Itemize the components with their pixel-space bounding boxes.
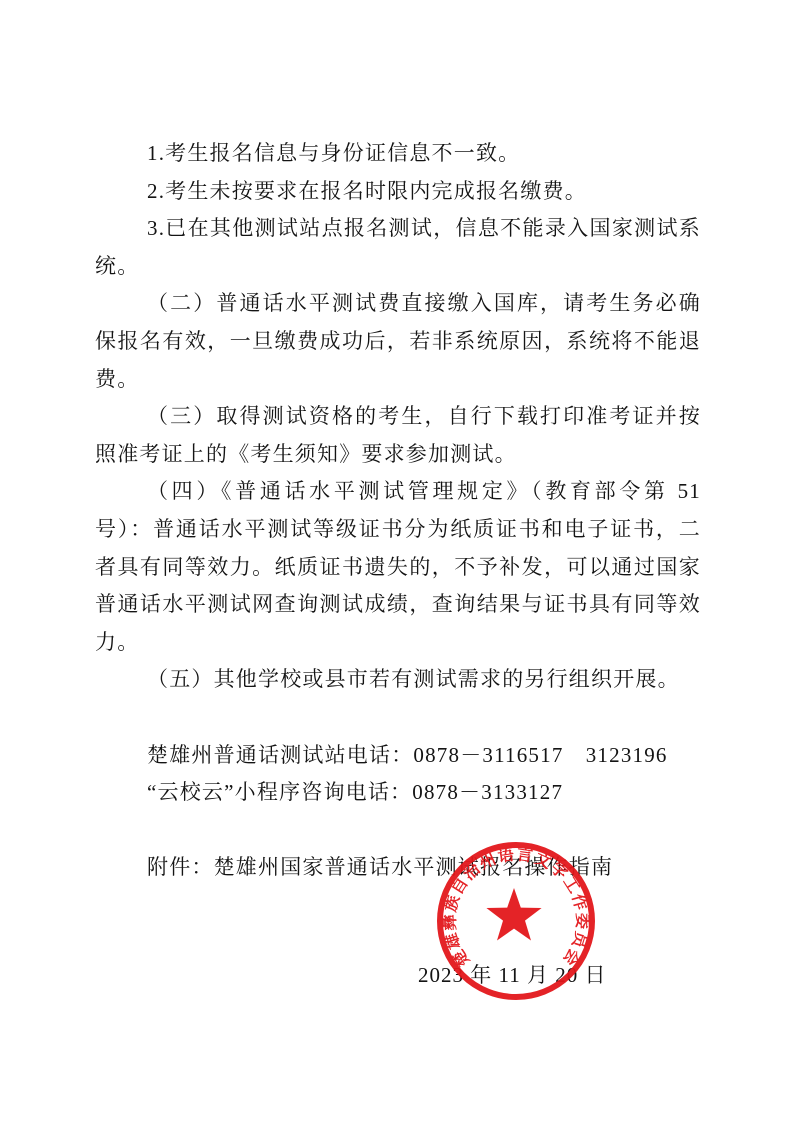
contact-info: 楚雄州普通话测试站电话：0878－3116517 3123196 “云校云”小程…	[95, 737, 701, 812]
section-paragraph-5: （五）其他学校或县市若有测试需求的另行组织开展。	[95, 661, 701, 699]
document-page: 1.考生报名信息与身份证信息不一致。 2.考生未按要求在报名时限内完成报名缴费。…	[0, 0, 794, 1123]
document-body: 1.考生报名信息与身份证信息不一致。 2.考生未按要求在报名时限内完成报名缴费。…	[95, 135, 701, 887]
contact-phone-line-1: 楚雄州普通话测试站电话：0878－3116517 3123196	[95, 737, 701, 775]
contact-phone-line-2: “云校云”小程序咨询电话：0878－3133127	[95, 774, 701, 812]
section-paragraph-2: （二）普通话水平测试费直接缴入国库，请考生务必确保报名有效，一旦缴费成功后，若非…	[95, 285, 701, 398]
list-item-1: 1.考生报名信息与身份证信息不一致。	[95, 135, 701, 173]
document-date: 2023 年 11 月 20 日	[418, 959, 606, 989]
list-item-3: 3.已在其他测试站点报名测试，信息不能录入国家测试系统。	[95, 210, 701, 285]
list-item-2: 2.考生未按要求在报名时限内完成报名缴费。	[95, 173, 701, 211]
seal-star-icon	[486, 888, 541, 941]
attachment-line: 附件：楚雄州国家普通话水平测试报名操作指南	[95, 849, 701, 887]
section-paragraph-3: （三）取得测试资格的考生，自行下载打印准考证并按照准考证上的《考生须知》要求参加…	[95, 398, 701, 473]
section-paragraph-4: （四）《普通话水平测试管理规定》（教育部令第 51 号）：普通话水平测试等级证书…	[95, 473, 701, 661]
